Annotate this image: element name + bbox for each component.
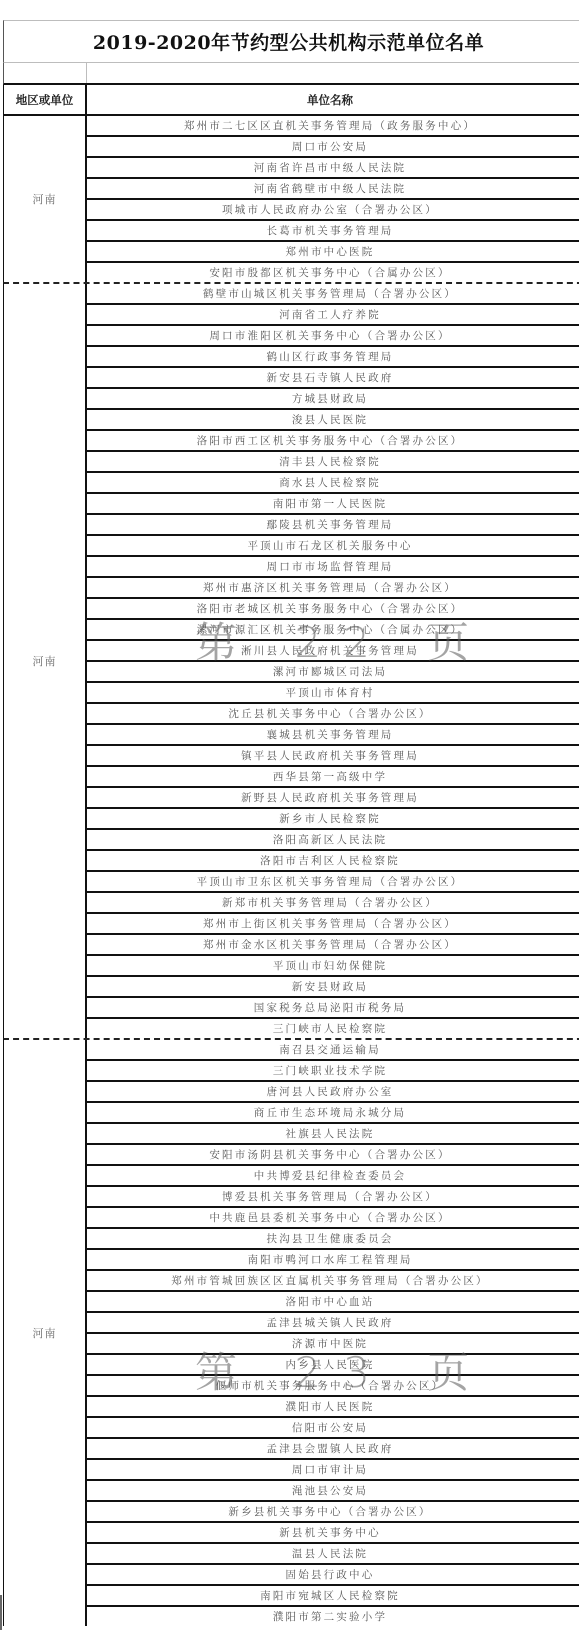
table-row: 社旗县人民法院 [87, 1124, 579, 1145]
table-row: 襄城县机关事务管理局 [87, 725, 579, 746]
table-row: 三门峡职业技术学院 [87, 1061, 579, 1082]
table-row: 南阳市宛城区人民检察院 [87, 1586, 579, 1607]
table-row: 周口市审计局 [87, 1460, 579, 1481]
table-row: 固始县行政中心 [87, 1565, 579, 1586]
table-row: 商丘市生态环境局永城分局 [87, 1103, 579, 1124]
region-group: 河南南召县交通运输局三门峡职业技术学院唐河县人民政府办公室商丘市生态环境局永城分… [3, 1038, 579, 1626]
table-body: 河南郑州市二七区区直机关事务管理局（政务服务中心）周口市公安局河南省许昌市中级人… [3, 116, 579, 1626]
table-row: 平顶山市妇幼保健院 [87, 956, 579, 977]
region-cell: 河南 [4, 116, 87, 282]
table-row: 周口市市场监督管理局 [87, 557, 579, 578]
table-header: 地区或单位 单位名称 [3, 85, 579, 116]
table-row: 鄢陵县机关事务管理局 [87, 515, 579, 536]
table-row: 内乡县人民医院 [87, 1355, 579, 1376]
region-cell: 河南 [4, 1040, 87, 1626]
table-row: 三门峡市人民检察院 [87, 1019, 579, 1038]
table-row: 南阳市第一人民医院 [87, 494, 579, 515]
table-row: 中共鹿邑县委机关事务中心（合署办公区） [87, 1208, 579, 1229]
table-row: 孟津县城关镇人民政府 [87, 1313, 579, 1334]
table-row: 洛阳市老城区机关事务服务中心（合署办公区） [87, 599, 579, 620]
table-row: 西华县第一高级中学 [87, 767, 579, 788]
table-row: 温县人民法院 [87, 1544, 579, 1565]
table-row: 安阳市殷都区机关事务中心（合属办公区） [87, 263, 579, 282]
table-row: 偃师市机关事务服务中心（合署办公区） [87, 1376, 579, 1397]
unit-list: 南召县交通运输局三门峡职业技术学院唐河县人民政府办公室商丘市生态环境局永城分局社… [87, 1040, 579, 1626]
table-row: 清丰县人民检察院 [87, 452, 579, 473]
table-row: 渑池县公安局 [87, 1481, 579, 1502]
table-row: 郑州市二七区区直机关事务管理局（政务服务中心） [87, 116, 579, 137]
table-row: 河南省鹤壁市中级人民法院 [87, 179, 579, 200]
table-row: 孟津县会盟镇人民政府 [87, 1439, 579, 1460]
table-row: 郑州市上街区机关事务管理局（合署办公区） [87, 914, 579, 935]
table-row: 方城县财政局 [87, 389, 579, 410]
table-row: 新安县财政局 [87, 977, 579, 998]
edge-mark [0, 1595, 2, 1630]
table-row: 项城市人民政府办公室（合署办公区） [87, 200, 579, 221]
table-row: 郑州市中心医院 [87, 242, 579, 263]
table-row: 河南省工人疗养院 [87, 305, 579, 326]
table-row: 新乡市人民检察院 [87, 809, 579, 830]
table-row: 长葛市机关事务管理局 [87, 221, 579, 242]
table-row: 濮阳市第二实验小学 [87, 1607, 579, 1626]
blank-cell [4, 63, 87, 83]
table-row: 周口市淮阳区机关事务中心（合署办公区） [87, 326, 579, 347]
table-row: 濮阳市人民医院 [87, 1397, 579, 1418]
table-row: 河南省许昌市中级人民法院 [87, 158, 579, 179]
table-row: 浚县人民医院 [87, 410, 579, 431]
table-row: 鹤山区行政事务管理局 [87, 347, 579, 368]
table-row: 平顶山市石龙区机关服务中心 [87, 536, 579, 557]
unit-list: 鹤壁市山城区机关事务管理局（合署办公区）河南省工人疗养院周口市淮阳区机关事务中心… [87, 284, 579, 1038]
document-sheet: 2019-2020年节约型公共机构示范单位名单 地区或单位 单位名称 河南郑州市… [3, 20, 579, 1626]
table-row: 商水县人民检察院 [87, 473, 579, 494]
table-row: 扶沟县卫生健康委员会 [87, 1229, 579, 1250]
table-row: 洛阳市中心血站 [87, 1292, 579, 1313]
table-row: 洛阳市西工区机关事务服务中心（合署办公区） [87, 431, 579, 452]
table-row: 沈丘县机关事务中心（合署办公区） [87, 704, 579, 725]
table-row: 漯河市源汇区机关事务服务中心（合属办公区） [87, 620, 579, 641]
table-row: 新野县人民政府机关事务管理局 [87, 788, 579, 809]
table-row: 郑州市管城回族区区直属机关事务管理局（合署办公区） [87, 1271, 579, 1292]
column-header-unit-name: 单位名称 [67, 85, 579, 114]
table-row: 信阳市公安局 [87, 1418, 579, 1439]
table-row: 唐河县人民政府办公室 [87, 1082, 579, 1103]
table-row: 洛阳高新区人民法院 [87, 830, 579, 851]
region-cell: 河南 [4, 284, 87, 1038]
region-group: 河南鹤壁市山城区机关事务管理局（合署办公区）河南省工人疗养院周口市淮阳区机关事务… [3, 282, 579, 1038]
document-title: 2019-2020年节约型公共机构示范单位名单 [93, 28, 484, 55]
table-row: 镇平县人民政府机关事务管理局 [87, 746, 579, 767]
table-row: 新郑市机关事务管理局（合署办公区） [87, 893, 579, 914]
blank-row [3, 63, 579, 85]
table-row: 南阳市鸭河口水库工程管理局 [87, 1250, 579, 1271]
table-row: 周口市公安局 [87, 137, 579, 158]
table-row: 郑州市金水区机关事务管理局（合署办公区） [87, 935, 579, 956]
unit-list: 郑州市二七区区直机关事务管理局（政务服务中心）周口市公安局河南省许昌市中级人民法… [87, 116, 579, 282]
table-row: 洛阳市吉利区人民检察院 [87, 851, 579, 872]
table-row: 济源市中医院 [87, 1334, 579, 1355]
title-row: 2019-2020年节约型公共机构示范单位名单 [3, 20, 579, 63]
table-row: 中共博爱县纪律检查委员会 [87, 1166, 579, 1187]
table-row: 新安县石寺镇人民政府 [87, 368, 579, 389]
table-row: 平顶山市体育村 [87, 683, 579, 704]
table-row: 淅川县人民政府机关事务管理局 [87, 641, 579, 662]
table-row: 南召县交通运输局 [87, 1040, 579, 1061]
table-row: 安阳市汤阴县机关事务中心（合署办公区） [87, 1145, 579, 1166]
table-row: 漯河市郾城区司法局 [87, 662, 579, 683]
table-row: 新乡县机关事务中心（合署办公区） [87, 1502, 579, 1523]
table-row: 郑州市惠济区机关事务管理局（合署办公区） [87, 578, 579, 599]
table-row: 鹤壁市山城区机关事务管理局（合署办公区） [87, 284, 579, 305]
table-row: 国家税务总局泌阳市税务局 [87, 998, 579, 1019]
table-row: 新县机关事务中心 [87, 1523, 579, 1544]
table-row: 博爱县机关事务管理局（合署办公区） [87, 1187, 579, 1208]
table-row: 平顶山市卫东区机关事务管理局（合署办公区） [87, 872, 579, 893]
region-group: 河南郑州市二七区区直机关事务管理局（政务服务中心）周口市公安局河南省许昌市中级人… [3, 116, 579, 282]
